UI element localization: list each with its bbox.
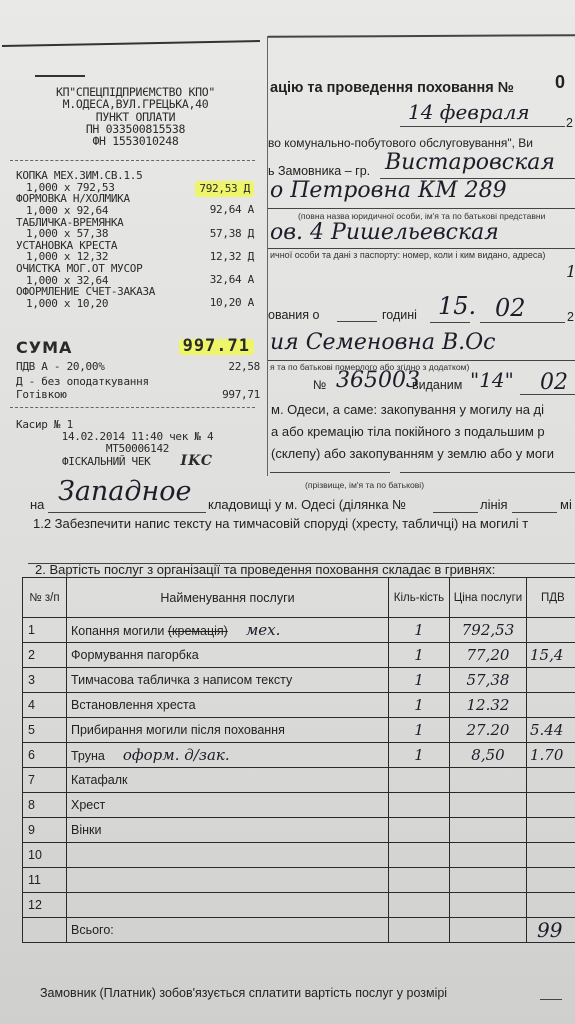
table-row: 9Вінки	[23, 818, 575, 843]
underline	[520, 394, 575, 395]
footer-text: Замовник (Платник) зобов'язується сплати…	[40, 986, 447, 1000]
cemetery-handwritten: Западное	[58, 476, 192, 507]
service-handwritten-note: мех.	[246, 621, 281, 639]
total-num-cell	[23, 918, 67, 943]
receipt-serial: МТ50006142	[10, 443, 265, 455]
row-qty: 1	[389, 643, 450, 668]
header-price: Ціна послуги	[450, 578, 527, 618]
receipt-item-sum: 57,38 Д	[210, 228, 254, 240]
row-price: 77,20	[450, 643, 527, 668]
row-num: 1	[23, 618, 67, 643]
underline	[400, 472, 575, 473]
table-header-row: № з/п Найменування послуги Кіль-кість Ці…	[23, 578, 575, 618]
row-qty: 1	[389, 668, 450, 693]
burial-year-prefix: 2	[567, 310, 574, 324]
receipt-separator	[10, 160, 255, 161]
header-name: Найменування послуги	[67, 578, 389, 618]
body-text-line-2: а або кремацію тіла покійного з подальши…	[271, 424, 545, 439]
receipt-item-qty: 1,000 x 57,38	[26, 228, 108, 240]
table-row: 3Тимчасова табличка з написом тексту157,…	[23, 668, 575, 693]
address-handwritten: ов. 4 Ришельевская	[270, 220, 499, 245]
handwritten-date: 14 февраля	[408, 100, 530, 124]
table-total-row: Всього: 99	[23, 918, 575, 943]
receipt-fiscal-label: ФІСКАЛЬНИЙ ЧЕК	[62, 455, 151, 468]
row-price: 12.32	[450, 693, 527, 718]
row-vat	[527, 693, 575, 718]
underline	[430, 322, 470, 323]
year-prefix: 2	[566, 116, 573, 130]
service-name: Труна	[71, 749, 105, 763]
total-price-cell	[450, 918, 527, 943]
form-top-border	[268, 34, 575, 38]
table-row: 8Хрест	[23, 793, 575, 818]
receipt-cash-label: Готівкою	[16, 388, 67, 401]
cemetery-prefix: на	[30, 497, 44, 512]
customer-label: ь Замовника – гр.	[268, 164, 370, 178]
row-qty: 1	[389, 718, 450, 743]
side-mark: 1	[566, 262, 575, 281]
underline	[400, 126, 565, 127]
row-num: 8	[23, 793, 67, 818]
service-struck-text: (кремація)	[168, 624, 228, 638]
row-num: 9	[23, 818, 67, 843]
receipt-item: УСТАНОВКА КРЕСТА1,000 x 12,3212,32 Д	[16, 240, 266, 263]
receipt-no-tax-label: Д - без оподаткування	[16, 376, 260, 388]
underline	[540, 999, 562, 1000]
receipt-address: М.ОДЕСА,ВУЛ.ГРЕЦЬКА,40	[8, 98, 263, 110]
row-num: 5	[23, 718, 67, 743]
underline	[433, 512, 478, 513]
form-left-border	[267, 36, 268, 476]
row-price	[450, 768, 527, 793]
certificate-issued-label: виданим	[412, 378, 462, 392]
row-num: 2	[23, 643, 67, 668]
service-name: Хрест	[71, 798, 105, 812]
table-row: 12	[23, 893, 575, 918]
service-handwritten-note: оформ. д/зак.	[123, 746, 230, 764]
row-qty: 1	[389, 743, 450, 768]
service-name: Копання могили	[71, 624, 164, 638]
table-row: 6Трунаоформ. д/зак.18,501.70	[23, 743, 575, 768]
address-caption: ичної особи та дані з паспорту: номер, к…	[270, 250, 545, 260]
receipt-total-value: 997.71	[179, 339, 254, 355]
receipt-item: КОПКА МЕХ.ЗИМ.СВ.1.51,000 x 792,53792,53…	[16, 170, 266, 193]
body-text-line-3: (склепу) або закопуванням у землю або у …	[271, 446, 554, 461]
receipt-cash-row: Готівкою 997,71	[16, 389, 260, 401]
row-price	[450, 868, 527, 893]
row-service: Копання могили (кремація)мех.	[67, 618, 389, 643]
row-vat	[527, 668, 575, 693]
row-qty	[389, 793, 450, 818]
cemetery-text: кладовищі у м. Одесі (ділянка №	[208, 497, 406, 512]
table-row: 4Встановлення хреста112.32	[23, 693, 575, 718]
receipt-item: ФОРМОВКА Н/ХОЛМИКА1,000 x 92,6492,64 А	[16, 193, 266, 216]
service-name: Прибирання могили після поховання	[71, 723, 285, 737]
row-vat	[527, 818, 575, 843]
service-name: Катафалк	[71, 773, 128, 787]
section-2-heading: 2. Вартість послуг з організації та пров…	[35, 562, 495, 577]
row-num: 11	[23, 868, 67, 893]
service-line: во комунально-побутового обслуговування"…	[268, 136, 533, 150]
row-service: Хрест	[67, 793, 389, 818]
row-vat	[527, 618, 575, 643]
row-vat: 15,4	[527, 643, 575, 668]
row-price	[450, 843, 527, 868]
table-row: 10	[23, 843, 575, 868]
burial-month-handwritten: 02	[495, 294, 526, 322]
service-name: Вінки	[71, 823, 101, 837]
form-title-number: 0	[555, 72, 565, 93]
clause-1-2: 1.2 Забезпечити напис тексту на тимчасов…	[33, 516, 528, 531]
certificate-month-handwritten: 02	[540, 370, 568, 395]
underline	[268, 248, 575, 249]
burial-day-handwritten: 15.	[438, 292, 476, 320]
line-label: лінія	[480, 497, 508, 512]
receipt-item-sum: 32,64 А	[210, 274, 254, 286]
underline	[337, 321, 377, 322]
header-vat: ПДВ	[527, 578, 575, 618]
certificate-day-handwritten: "14"	[470, 368, 514, 392]
table-row: 1Копання могили (кремація)мех.1792,53	[23, 618, 575, 643]
fiscal-receipt: КП"СПЕЦПІДПРИЄМСТВО КПО" М.ОДЕСА,ВУЛ.ГРЕ…	[0, 0, 266, 460]
receipt-item-sum: 10,20 А	[210, 297, 254, 309]
receipt-fiscal-footer: ФІСКАЛЬНИЙ ЧЕКIKC	[10, 456, 265, 468]
total-handwritten: 99	[527, 918, 575, 943]
underline	[270, 472, 390, 473]
place-label: мі	[560, 497, 572, 512]
header-num: № з/п	[23, 578, 67, 618]
row-service: Тимчасова табличка з написом тексту	[67, 668, 389, 693]
row-qty	[389, 843, 450, 868]
receipt-header: КП"СПЕЦПІДПРИЄМСТВО КПО" М.ОДЕСА,ВУЛ.ГРЕ…	[8, 86, 263, 147]
receipt-vat-value: 22,58	[228, 361, 260, 373]
customer-name-handwritten: Вистаровская	[385, 150, 555, 175]
receipt-fiscal-number: ФН 1553010248	[8, 135, 263, 147]
row-qty	[389, 893, 450, 918]
row-vat: 5.44	[527, 718, 575, 743]
deceased-name-handwritten: ия Семеновна В.Ос	[270, 330, 496, 355]
receipt-item-sum: 92,64 А	[210, 204, 254, 216]
receipt-dash	[35, 75, 85, 77]
document-photo: ацію та проведення поховання № 0 14 февр…	[0, 0, 575, 1024]
service-name: Тимчасова табличка з написом тексту	[71, 673, 292, 687]
burial-time-label: ования о	[268, 308, 319, 322]
total-qty-cell	[389, 918, 450, 943]
service-name: Формування пагорбка	[71, 648, 199, 662]
row-price	[450, 818, 527, 843]
row-vat	[527, 893, 575, 918]
receipt-cash-value: 997,71	[222, 389, 260, 401]
row-service: Встановлення хреста	[67, 693, 389, 718]
receipt-vat-label: ПДВ А - 20,00%	[16, 360, 105, 373]
row-service: Вінки	[67, 818, 389, 843]
row-price: 792,53	[450, 618, 527, 643]
row-num: 4	[23, 693, 67, 718]
receipt-separator	[10, 407, 255, 408]
row-vat	[527, 868, 575, 893]
receipt-items: КОПКА МЕХ.ЗИМ.СВ.1.51,000 x 792,53792,53…	[16, 170, 266, 310]
table-row: 5Прибирання могили після поховання127.20…	[23, 718, 575, 743]
row-service: Прибирання могили після поховання	[67, 718, 389, 743]
certificate-number-label: №	[313, 378, 326, 392]
row-service: Трунаоформ. д/зак.	[67, 743, 389, 768]
table-row: 2Формування пагорбка177,2015,4	[23, 643, 575, 668]
row-qty: 1	[389, 693, 450, 718]
receipt-item-qty: 1,000 x 10,20	[26, 298, 108, 310]
services-table: № з/п Найменування послуги Кіль-кість Ці…	[22, 577, 575, 943]
burial-hour-label: годині	[382, 308, 417, 322]
row-vat	[527, 768, 575, 793]
body-text-line-1: м. Одеси, а саме: закопування у могилу н…	[271, 402, 544, 417]
receipt-item: ТАБЛИЧКА-ВРЕМЯНКА1,000 x 57,3857,38 Д	[16, 217, 266, 240]
row-qty	[389, 818, 450, 843]
row-service	[67, 843, 389, 868]
underline	[268, 360, 575, 361]
row-service: Катафалк	[67, 768, 389, 793]
row-qty: 1	[389, 618, 450, 643]
underline	[48, 512, 206, 513]
row-qty	[389, 868, 450, 893]
row-num: 12	[23, 893, 67, 918]
underline	[480, 322, 565, 323]
receipt-cashier: Касир № 1	[16, 419, 260, 431]
receipt-datetime: 14.02.2014 11:40 чек № 4	[10, 431, 265, 443]
row-vat	[527, 843, 575, 868]
row-vat: 1.70	[527, 743, 575, 768]
receipt-total: СУМА 997.71	[16, 340, 254, 360]
receipt-item-sum: 12,32 Д	[210, 251, 254, 263]
header-qty: Кіль-кість	[389, 578, 450, 618]
name-caption: (прізвище, ім'я та по батькові)	[305, 480, 424, 490]
customer-name-handwritten-2: о Петровна КМ 289	[270, 178, 507, 203]
row-num: 10	[23, 843, 67, 868]
receipt-item: ОЧИСТКА МОГ.ОТ МУСОР1,000 x 32,6432,64 А	[16, 263, 266, 286]
row-service	[67, 868, 389, 893]
receipt-vat-row: ПДВ А - 20,00% 22,58	[16, 361, 260, 373]
underline	[512, 512, 557, 513]
row-service: Формування пагорбка	[67, 643, 389, 668]
row-price	[450, 893, 527, 918]
row-service	[67, 893, 389, 918]
receipt-total-label: СУМА	[16, 342, 72, 354]
certificate-number-handwritten: 365003	[336, 368, 420, 393]
underline	[268, 208, 575, 209]
receipt-item-qty: 1,000 x 92,64	[26, 205, 108, 217]
form-title: ацію та проведення поховання №	[270, 80, 514, 96]
row-price	[450, 793, 527, 818]
row-price: 57,38	[450, 668, 527, 693]
total-label: Всього:	[67, 918, 389, 943]
row-num: 6	[23, 743, 67, 768]
table-row: 11	[23, 868, 575, 893]
table-row: 7Катафалк	[23, 768, 575, 793]
row-price: 27.20	[450, 718, 527, 743]
row-num: 7	[23, 768, 67, 793]
service-name: Встановлення хреста	[71, 698, 196, 712]
row-price: 8,50	[450, 743, 527, 768]
row-vat	[527, 793, 575, 818]
receipt-item: ОФОРМЛЕНИЕ СЧЕТ-ЗАКАЗА1,000 x 10,2010,20…	[16, 286, 266, 309]
row-num: 3	[23, 668, 67, 693]
receipt-item-name: КОПКА МЕХ.ЗИМ.СВ.1.5	[16, 170, 142, 182]
ikc-logo-icon: IKC	[181, 453, 213, 469]
row-qty	[389, 768, 450, 793]
